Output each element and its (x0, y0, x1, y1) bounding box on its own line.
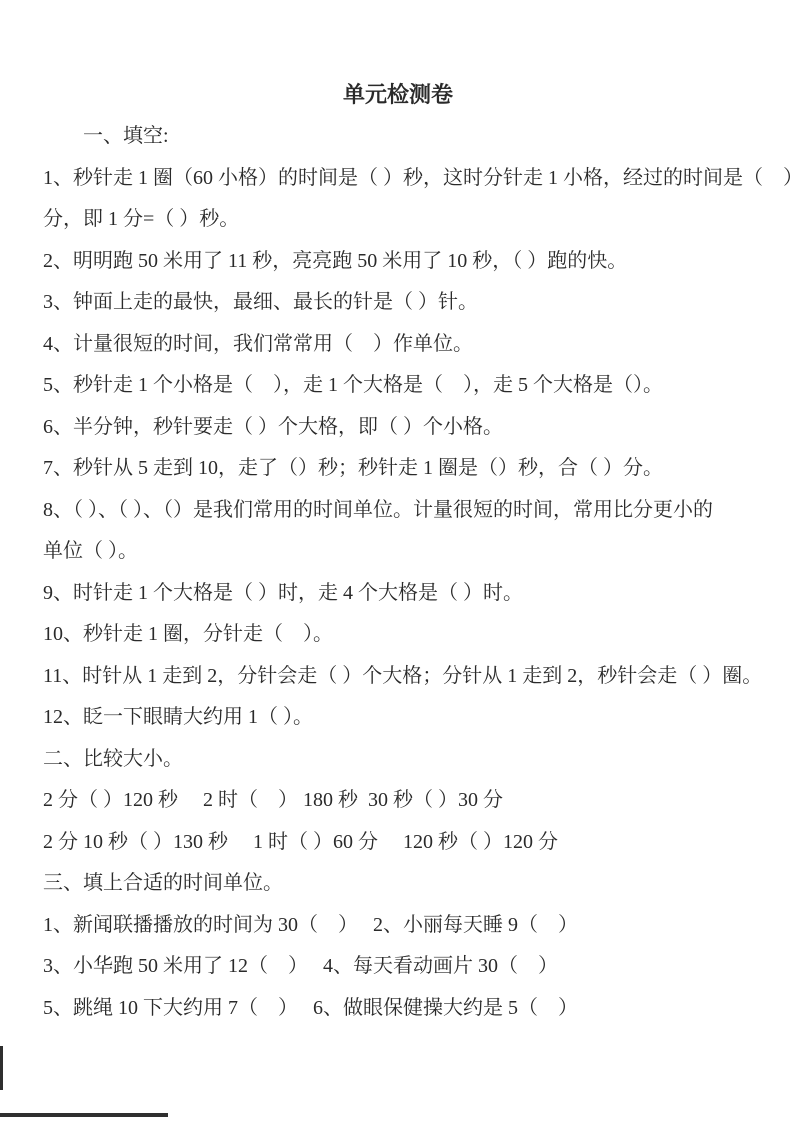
time-unit-row-1: 1、新闻联播播放的时间为 30（ ） 2、小丽每天睡 9（ ） (43, 905, 753, 947)
question-7: 7、秒针从 5 走到 10，走了（）秒；秒针走 1 圈是（）秒，合（ ）分。 (43, 448, 753, 490)
time-unit-row-3: 5、跳绳 10 下大约用 7（ ） 6、做眼保健操大约是 5（ ） (43, 988, 753, 1030)
question-6: 6、半分钟，秒针要走（ ）个大格，即（ ）个小格。 (43, 407, 753, 449)
question-8-line-1: 8、（ ）、（ ）、（）是我们常用的时间单位。计量很短的时间，常用比分更小的 (43, 490, 753, 532)
question-8-line-2: 单位（ ）。 (43, 531, 753, 573)
question-10: 10、秒针走 1 圈，分针走（ ）。 (43, 614, 753, 656)
section-3-heading: 三、填上合适的时间单位。 (43, 863, 753, 905)
question-1-line-1: 1、秒针走 1 圈（60 小格）的时间是（ ）秒，这时分针走 1 小格，经过的时… (43, 158, 753, 200)
question-12: 12、眨一下眼睛大约用 1（ ）。 (43, 697, 753, 739)
worksheet-title: 单元检测卷 (43, 74, 753, 116)
scan-artifact-horizontal-line (0, 1113, 168, 1117)
compare-row-1: 2 分（ ）120 秒 2 时（ ） 180 秒 30 秒（ ）30 分 (43, 780, 753, 822)
question-11: 11、时针从 1 走到 2，分针会走（ ）个大格；分针从 1 走到 2，秒针会走… (43, 656, 753, 698)
compare-row-2: 2 分 10 秒（ ）130 秒 1 时（ ）60 分 120 秒（ ）120 … (43, 822, 753, 864)
worksheet-page: 单元检测卷 一、填空: 1、秒针走 1 圈（60 小格）的时间是（ ）秒，这时分… (0, 0, 793, 1122)
section-2-heading: 二、比较大小。 (43, 739, 753, 781)
question-3: 3、钟面上走的最快，最细、最长的针是（ ）针。 (43, 282, 753, 324)
question-1-line-2: 分，即 1 分=（ ）秒。 (43, 199, 753, 241)
question-2: 2、明明跑 50 米用了 11 秒，亮亮跑 50 米用了 10 秒，（ ）跑的快… (43, 241, 753, 283)
scan-artifact-vertical-line (0, 1046, 3, 1090)
document-body: 单元检测卷 一、填空: 1、秒针走 1 圈（60 小格）的时间是（ ）秒，这时分… (0, 0, 793, 1029)
time-unit-row-2: 3、小华跑 50 米用了 12（ ） 4、每天看动画片 30（ ） (43, 946, 753, 988)
section-1-heading: 一、填空: (43, 116, 753, 158)
question-9: 9、时针走 1 个大格是（ ）时，走 4 个大格是（ ）时。 (43, 573, 753, 615)
question-4: 4、计量很短的时间，我们常常用（ ）作单位。 (43, 324, 753, 366)
question-5: 5、秒针走 1 个小格是（ ），走 1 个大格是（ ），走 5 个大格是（）。 (43, 365, 753, 407)
